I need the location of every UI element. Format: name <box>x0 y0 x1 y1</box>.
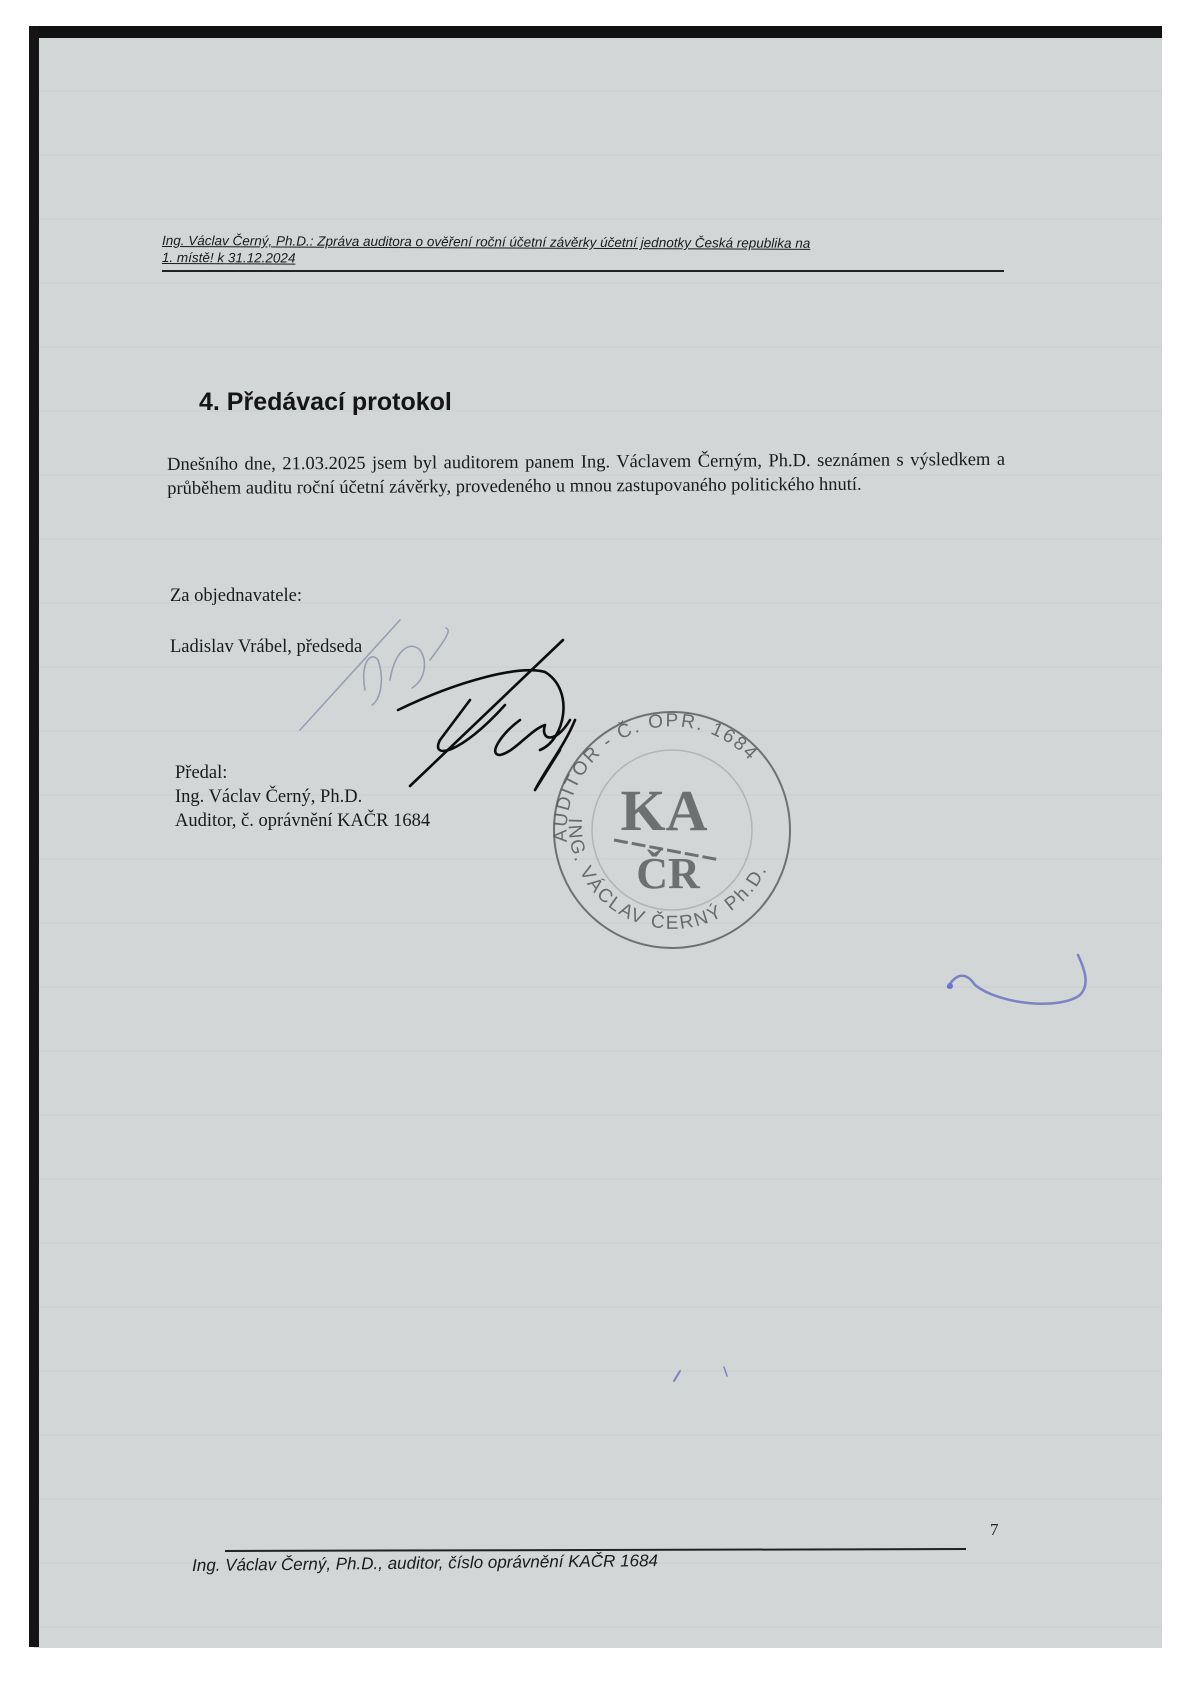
client-label: Za objednavatele: <box>170 586 302 607</box>
client-name: Ladislav Vrábel, předseda <box>170 637 362 658</box>
auditor-license: Auditor, č. oprávnění KAČR 1684 <box>175 811 430 832</box>
running-header: Ing. Václav Černý, Ph.D.: Zpráva auditor… <box>162 232 1002 270</box>
auditor-name: Ing. Václav Černý, Ph.D. <box>175 787 362 808</box>
handed-by-label: Předal: <box>175 763 227 784</box>
body-paragraph: Dnešního dne, 21.03.2025 jsem byl audito… <box>167 448 1005 501</box>
page-number: 7 <box>990 1520 999 1540</box>
header-rule <box>162 270 1004 272</box>
section-title: 4. Předávací protokol <box>199 388 452 417</box>
scan-border-left <box>29 26 39 1647</box>
scan-border-top <box>36 26 1162 38</box>
